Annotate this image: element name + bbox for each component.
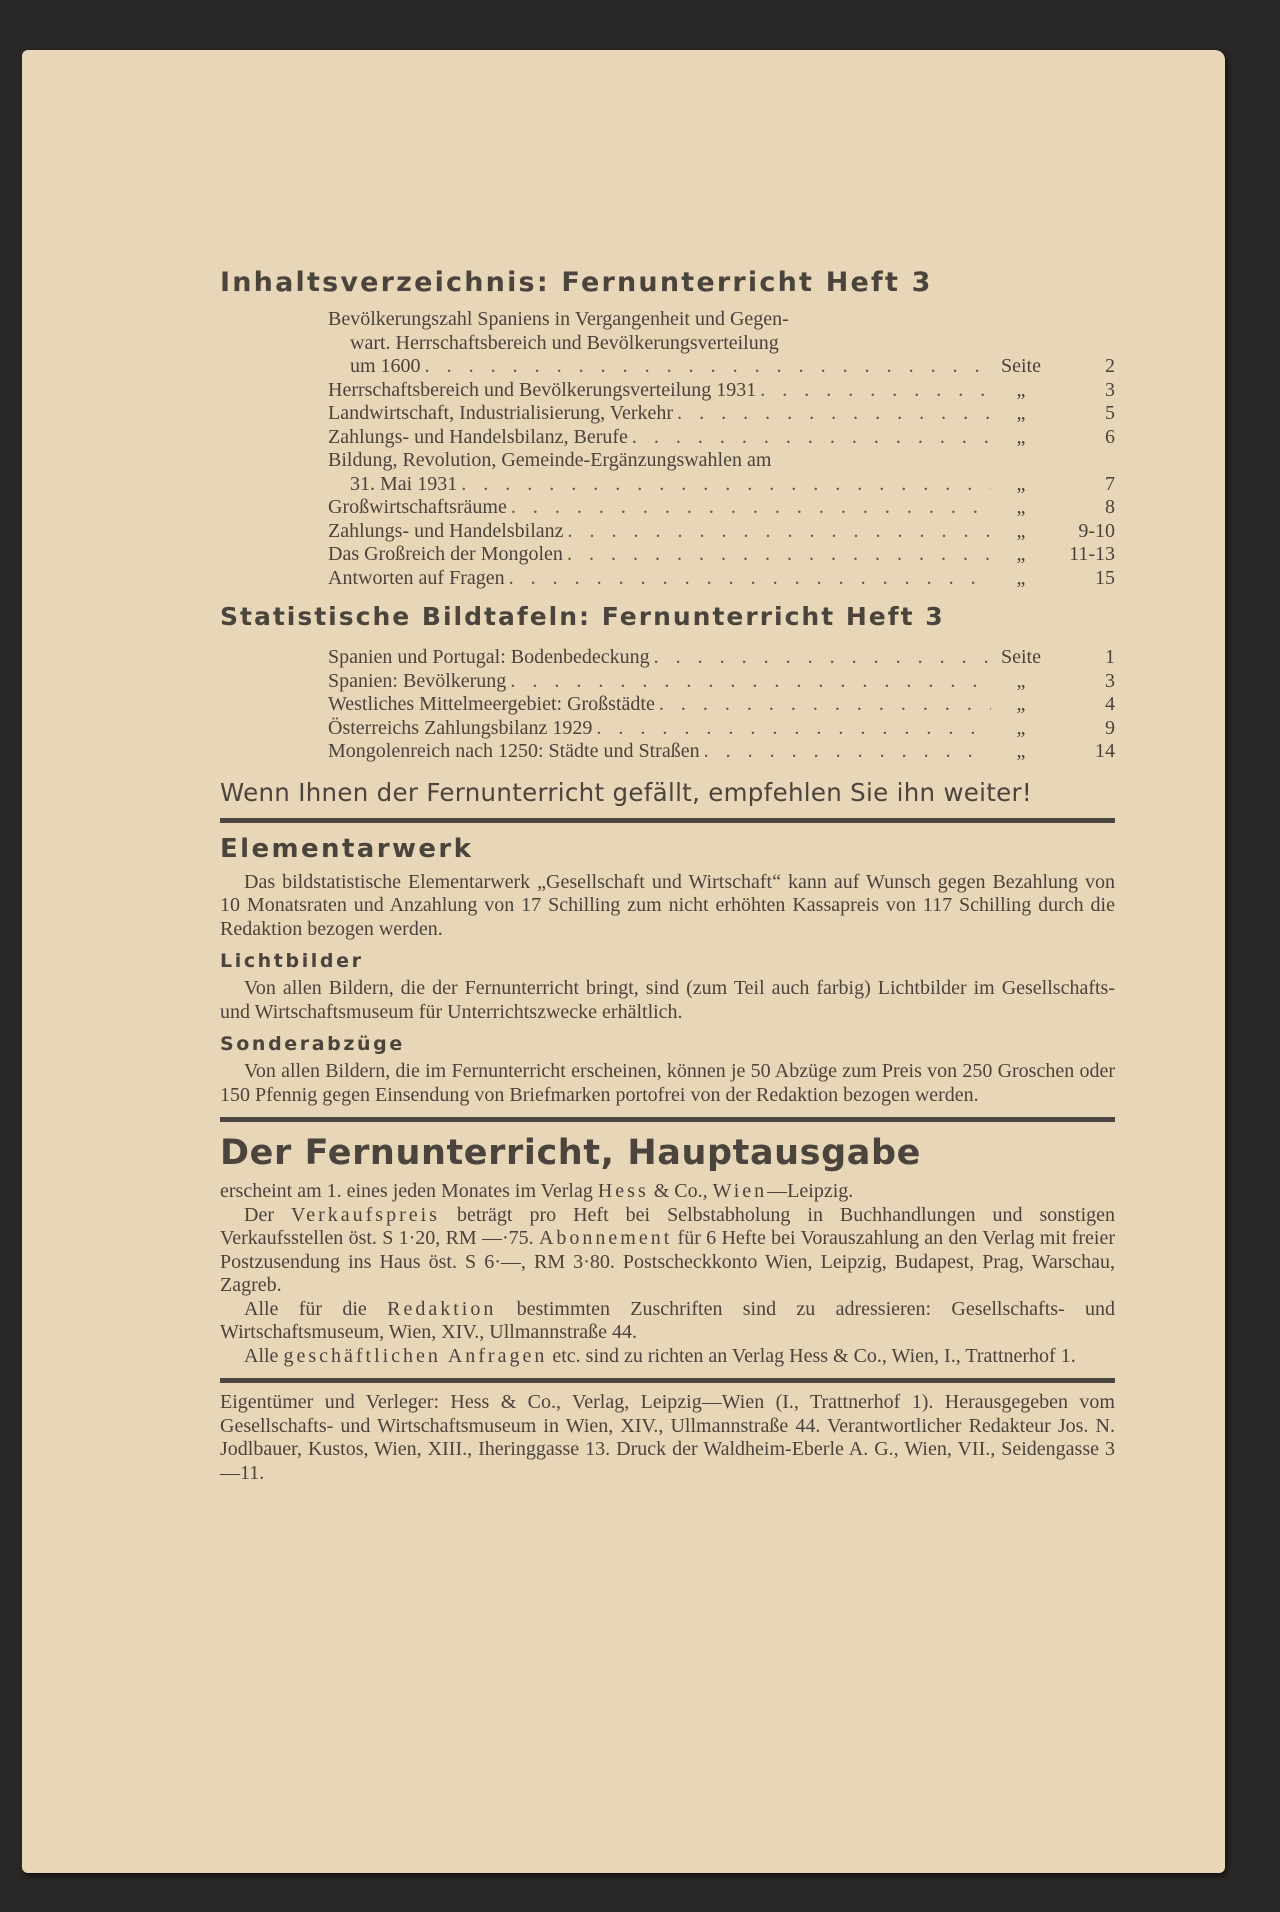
toc-entry: Herrschaftsbereich und Bevölkerungsverte… xyxy=(328,379,1115,403)
lichtbilder-heading: Lichtbilder xyxy=(220,949,1115,973)
toc-heading: Inhaltsverzeichnis: Fernunterricht Heft … xyxy=(220,268,1115,298)
toc-entry: Zahlungs- und Handelsbilanz, Berufe . . … xyxy=(328,426,1115,450)
plate-entry-page: 1 xyxy=(1047,646,1115,670)
toc-entry-page: 3 xyxy=(1047,379,1115,403)
toc-entry-label: „ xyxy=(995,496,1047,520)
toc-entry-title: Herrschaftsbereich und Bevölkerungsverte… xyxy=(328,379,756,403)
divider-rule xyxy=(220,1117,1115,1122)
leader-dots: . . . . . . . . . . . . . . . . . . . . … xyxy=(596,717,991,741)
plate-entry-title: Spanien: Bevölkerung xyxy=(328,670,506,694)
toc-entry: 31. Mai 1931 . . . . . . . . . . . . . .… xyxy=(328,473,1115,497)
toc-entry: Zahlungs- und Handelsbilanz . . . . . . … xyxy=(328,520,1115,544)
redaktion-paragraph: Alle für die Redaktion bestimmten Zuschr… xyxy=(220,1298,1115,1345)
intro-text: erscheint am 1. eines jeden Monates im V… xyxy=(220,1180,598,1202)
toc-entry-label: „ xyxy=(995,567,1047,591)
hauptausgabe-heading: Der Fernunterricht, Hauptausgabe xyxy=(220,1132,1115,1174)
sonderabzuege-text: Von allen Bildern, die im Fernunterricht… xyxy=(220,1060,1115,1107)
toc-entry-label: „ xyxy=(995,402,1047,426)
toc-entry: Das Großreich der Mongolen . . . . . . .… xyxy=(328,543,1115,567)
toc-entry: um 1600 . . . . . . . . . . . . . . . . … xyxy=(328,355,1115,379)
plate-entry-label: „ xyxy=(995,717,1047,741)
plate-entry-label: „ xyxy=(995,740,1047,764)
lichtbilder-text: Von allen Bildern, die der Fernunterrich… xyxy=(220,977,1115,1024)
plate-entry-title: Spanien und Portugal: Bodenbedeckung xyxy=(328,646,650,670)
toc-entry: Bevölkerungszahl Spaniens in Vergangenhe… xyxy=(328,308,1115,355)
divider-rule xyxy=(220,1378,1115,1383)
toc-entry-page: 9-10 xyxy=(1047,520,1115,544)
page-content: Inhaltsverzeichnis: Fernunterricht Heft … xyxy=(220,268,1115,1485)
plate-entry: Spanien: Bevölkerung . . . . . . . . . .… xyxy=(328,670,1115,694)
slogan: Wenn Ihnen der Fernunterricht gefällt, e… xyxy=(220,778,1115,808)
toc-entry-label: „ xyxy=(995,379,1047,403)
leader-dots: . . . . . . . . . . . . . . . . . . . . … xyxy=(567,543,991,567)
toc-entry-title: Antworten auf Fragen xyxy=(328,567,505,591)
toc-entry-label: „ xyxy=(995,426,1047,450)
price-text: Der xyxy=(244,1204,291,1226)
redaktion-text: Alle für die xyxy=(244,1298,387,1320)
leader-dots: . . . . . . . . . . . . . . . . . . . . … xyxy=(677,402,991,426)
toc-entry-title: um 1600 xyxy=(328,355,421,379)
sonderabzuege-heading: Sonderabzüge xyxy=(220,1032,1115,1056)
plate-entry-title: Westliches Mittelmeergebiet: Großstädte xyxy=(328,693,655,717)
plate-entry: Mongolenreich nach 1250: Städte und Stra… xyxy=(328,740,1115,764)
plate-entry: Westliches Mittelmeergebiet: Großstädte … xyxy=(328,693,1115,717)
plate-entry-label: Seite xyxy=(995,646,1047,670)
plate-entry-page: 14 xyxy=(1047,740,1115,764)
intro-text: —Leipzig. xyxy=(767,1180,853,1202)
toc-entry-title: 31. Mai 1931 xyxy=(328,473,457,497)
imprint: Eigentümer und Verleger: Hess & Co., Ver… xyxy=(220,1391,1115,1485)
document-page: Inhaltsverzeichnis: Fernunterricht Heft … xyxy=(22,50,1225,1873)
toc-entry-page: 11-13 xyxy=(1047,543,1115,567)
leader-dots: . . . . . . . . . . . . . . . . . . . . … xyxy=(510,670,991,694)
toc-entry-line: wart. Herrschaftsbereich und Bevölkerung… xyxy=(328,332,1115,356)
plate-entry-page: 9 xyxy=(1047,717,1115,741)
hauptausgabe-intro: erscheint am 1. eines jeden Monates im V… xyxy=(220,1180,1115,1204)
anfragen-text: Alle xyxy=(244,1345,283,1367)
toc-entry-title: Zahlungs- und Handelsbilanz xyxy=(328,520,564,544)
toc-entry-page: 6 xyxy=(1047,426,1115,450)
anfragen-paragraph: Alle geschäftlichen Anfragen etc. sind z… xyxy=(220,1345,1115,1369)
toc-entry-page: 5 xyxy=(1047,402,1115,426)
leader-dots: . . . . . . . . . . . . . . . . . . . . … xyxy=(659,693,991,717)
leader-dots: . . . . . . . . . . . . . . . . . . . . … xyxy=(654,646,991,670)
toc-entry-page: 2 xyxy=(1047,355,1115,379)
toc-entry-label: „ xyxy=(995,543,1047,567)
leader-dots: . . . . . . . . . . . . . . . . . . . . … xyxy=(425,355,991,379)
anfragen-text: etc. sind zu richten an Verlag Hess & Co… xyxy=(547,1345,1075,1367)
toc-entry-line: Bevölkerungszahl Spaniens in Vergangenhe… xyxy=(328,308,1115,332)
abo-term: Abonnement xyxy=(539,1227,672,1249)
toc-entry: Bildung, Revolution, Gemeinde-Ergänzungs… xyxy=(328,449,1115,473)
leader-dots: . . . . . . . . . . . . . . . . . . . . … xyxy=(568,520,992,544)
toc-entry-label: Seite xyxy=(995,355,1047,379)
city-name: Wien xyxy=(713,1180,768,1202)
plate-entry-title: Mongolenreich nach 1250: Städte und Stra… xyxy=(328,740,700,764)
plate-entry: Österreichs Zahlungsbilanz 1929 . . . . … xyxy=(328,717,1115,741)
plate-entry-label: „ xyxy=(995,693,1047,717)
anfragen-term: geschäftlichen Anfragen xyxy=(283,1345,547,1367)
toc-entry: Landwirtschaft, Industrialisierung, Verk… xyxy=(328,402,1115,426)
elementarwerk-text: Das bildstatistische Elementarwerk „Gese… xyxy=(220,871,1115,942)
leader-dots: . . . . . . . . . . . . . . . . . . . . … xyxy=(760,379,991,403)
elementarwerk-heading: Elementarwerk xyxy=(220,833,1115,865)
toc-entry-title: Das Großreich der Mongolen xyxy=(328,543,563,567)
plate-entry-page: 3 xyxy=(1047,670,1115,694)
toc-entry: Großwirtschaftsräume . . . . . . . . . .… xyxy=(328,496,1115,520)
toc-entry-page: 8 xyxy=(1047,496,1115,520)
toc-entry-line: Bildung, Revolution, Gemeinde-Ergänzungs… xyxy=(328,449,1115,473)
leader-dots: . . . . . . . . . . . . . . . . . . . . … xyxy=(509,567,991,591)
divider-rule xyxy=(220,818,1115,823)
leader-dots: . . . . . . . . . . . . . . . . . . . . … xyxy=(632,426,991,450)
plate-entry: Spanien und Portugal: Bodenbedeckung . .… xyxy=(328,646,1115,670)
plates-heading: Statistische Bildtafeln: Fernunterricht … xyxy=(220,602,1115,632)
plate-entry-title: Österreichs Zahlungsbilanz 1929 xyxy=(328,717,592,741)
toc-entry: Antworten auf Fragen . . . . . . . . . .… xyxy=(328,567,1115,591)
leader-dots: . . . . . . . . . . . . . . . . . . . . … xyxy=(461,473,991,497)
toc-entry-label: „ xyxy=(995,520,1047,544)
toc-entry-title: Zahlungs- und Handelsbilanz, Berufe xyxy=(328,426,628,450)
redaktion-term: Redaktion xyxy=(387,1298,496,1320)
price-term: Verkaufspreis xyxy=(291,1204,440,1226)
toc-entry-label: „ xyxy=(995,473,1047,497)
plate-entry-label: „ xyxy=(995,670,1047,694)
price-paragraph: Der Verkaufspreis beträgt pro Heft bei S… xyxy=(220,1204,1115,1298)
publisher-name: Hess xyxy=(598,1180,649,1202)
toc-list: Bevölkerungszahl Spaniens in Vergangenhe… xyxy=(328,308,1115,590)
intro-text: & Co., xyxy=(649,1180,713,1202)
toc-entry-page: 15 xyxy=(1047,567,1115,591)
plate-entry-page: 4 xyxy=(1047,693,1115,717)
toc-entry-title: Landwirtschaft, Industrialisierung, Verk… xyxy=(328,402,673,426)
toc-entry-title: Großwirtschaftsräume xyxy=(328,496,507,520)
leader-dots: . . . . . . . . . . . . . . . . . . . . … xyxy=(704,740,991,764)
leader-dots: . . . . . . . . . . . . . . . . . . . . … xyxy=(511,496,991,520)
plates-list: Spanien und Portugal: Bodenbedeckung . .… xyxy=(328,646,1115,764)
toc-entry-page: 7 xyxy=(1047,473,1115,497)
